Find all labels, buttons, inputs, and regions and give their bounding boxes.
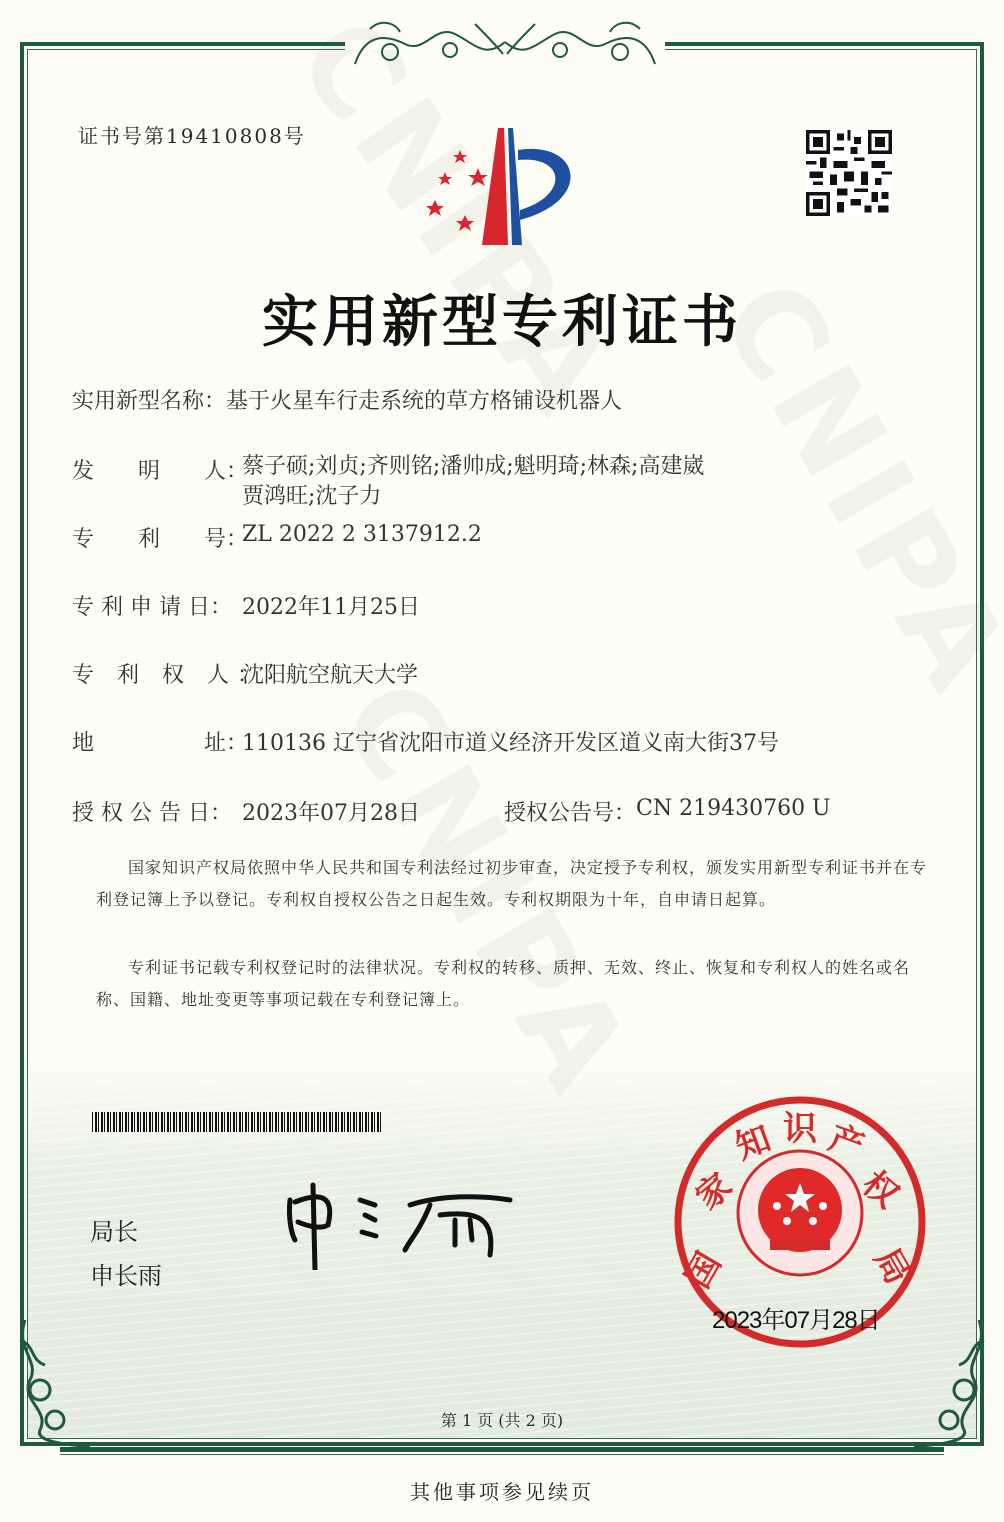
field-label: 发 明 人： <box>72 454 242 512</box>
legal-paragraph-1: 国家知识产权局依照中华人民共和国专利法经过初步审查，决定授予专利权，颁发实用新型… <box>96 852 936 916</box>
footer-divider-thin <box>60 1454 944 1455</box>
field-value-line2: 贾鸿旺;沈子力 <box>242 482 704 512</box>
signatory-title: 局长 <box>90 1212 138 1247</box>
field-label: 实用新型名称： <box>72 384 226 415</box>
field-value: ZL 2022 2 3137912.2 <box>242 522 482 553</box>
legal-paragraph-2: 专利证书记载专利权登记时的法律状况。专利权的转移、质押、无效、终止、恢复和专利权… <box>96 952 936 1016</box>
signatory-name: 申长雨 <box>90 1256 162 1291</box>
page-number: 第 1 页 (共 2 页) <box>0 1408 1004 1431</box>
field-label: 地 址： <box>72 726 242 757</box>
seal-date: 2023年07月28日 <box>712 1300 880 1335</box>
svg-text:家: 家 <box>688 1166 740 1218</box>
field-address: 地 址： 110136 辽宁省沈阳市道义经济开发区道义南大街37号 <box>72 726 779 757</box>
continued-note: 其他事项参见续页 <box>0 1476 1004 1505</box>
certificate-title: 实用新型专利证书 <box>0 278 1004 358</box>
field-value: 2023年07月28日 <box>242 796 420 827</box>
field-label: 专 利 权 人： <box>72 658 242 689</box>
field-patentee: 专 利 权 人： 沈阳航空航天大学 <box>72 658 418 689</box>
field-inventors: 发 明 人： 蔡子硕;刘贞;齐则铭;潘帅成;魁明琦;林森;高建崴 贾鸿旺;沈子力 <box>72 454 704 512</box>
field-value: 蔡子硕;刘贞;齐则铭;潘帅成;魁明琦;林森;高建崴 <box>242 452 704 482</box>
svg-text:局: 局 <box>866 1242 918 1291</box>
field-value: 基于火星车行走系统的草方格铺设机器人 <box>226 384 622 415</box>
certificate-number: 证书号第19410808号 <box>78 120 306 149</box>
field-grant-number: 授权公告号： CN 219430760 U <box>504 796 831 827</box>
field-patent-number: 专 利 号： ZL 2022 2 3137912.2 <box>72 522 482 553</box>
field-label: 专 利 申 请 日： <box>72 590 242 621</box>
field-label: 专 利 号： <box>72 522 242 553</box>
field-label: 授 权 公 告 日： <box>72 796 242 827</box>
barcode <box>92 1112 382 1132</box>
qr-code <box>806 130 892 216</box>
footer-divider <box>60 1447 944 1452</box>
field-value: 沈阳航空航天大学 <box>242 658 418 689</box>
field-application-date: 专 利 申 请 日： 2022年11月25日 <box>72 590 420 621</box>
field-grant-date: 授 权 公 告 日： 2023年07月28日 <box>72 796 420 827</box>
dragon-ornament-icon <box>345 14 665 72</box>
cnipa-logo-icon <box>420 120 600 250</box>
svg-text:识: 识 <box>783 1109 818 1149</box>
field-utility-model-name: 实用新型名称： 基于火星车行走系统的草方格铺设机器人 <box>72 384 622 415</box>
signature-icon <box>280 1180 520 1270</box>
field-value: 2022年11月25日 <box>242 590 420 621</box>
field-value: CN 219430760 U <box>636 796 831 827</box>
field-label: 授权公告号： <box>504 796 636 827</box>
field-value: 110136 辽宁省沈阳市道义经济开发区道义南大街37号 <box>242 726 779 757</box>
